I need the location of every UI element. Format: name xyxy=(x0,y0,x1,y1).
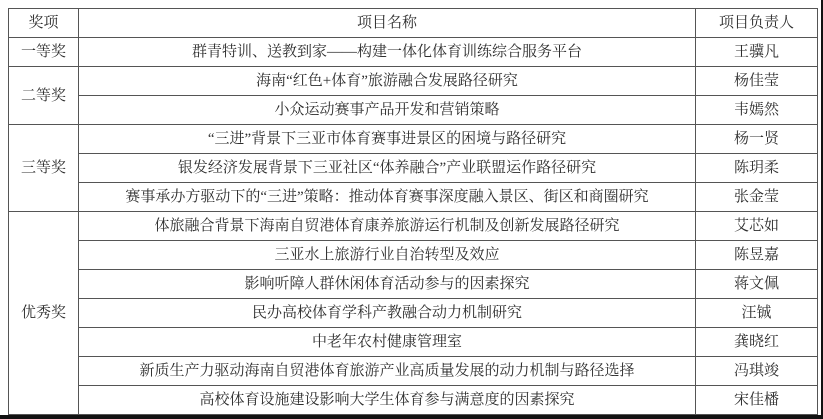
table-row: 二等奖 海南“红色+体育”旅游融合发展路径研究 杨佳莹 xyxy=(9,67,818,96)
project-name-cell: 群青特训、送教到家——构建一体化体育训练综合服务平台 xyxy=(79,38,696,67)
table-row: 高校体育设施建设影响大学生体育参与满意度的因素探究 宋佳橎 xyxy=(9,386,818,415)
project-name-cell: 银发经济发展背景下三亚社区“体养融合”产业联盟运作路径研究 xyxy=(79,154,696,183)
leader-cell: 韦嫣然 xyxy=(696,96,818,125)
leader-cell: 冯琪竣 xyxy=(696,357,818,386)
project-name-cell: 小众运动赛事产品开发和营销策略 xyxy=(79,96,696,125)
leader-cell: 汪铖 xyxy=(696,299,818,328)
table-row: 小众运动赛事产品开发和营销策略 韦嫣然 xyxy=(9,96,818,125)
column-header-award: 奖项 xyxy=(9,9,79,38)
award-cell: 三等奖 xyxy=(9,125,79,212)
table-row: 民办高校体育学科产教融合动力机制研究 汪铖 xyxy=(9,299,818,328)
table-row: 一等奖 群青特训、送教到家——构建一体化体育训练综合服务平台 王骥凡 xyxy=(9,38,818,67)
table-row: 新质生产力驱动海南自贸港体育旅游产业高质量发展的动力机制与路径选择 冯琪竣 xyxy=(9,357,818,386)
header-row: 奖项 项目名称 项目负责人 xyxy=(9,9,818,38)
award-cell: 优秀奖 xyxy=(9,212,79,415)
project-name-cell: 影响听障人群休闲体育活动参与的因素探究 xyxy=(79,270,696,299)
project-name-cell: 三亚水上旅游行业自治转型及效应 xyxy=(79,241,696,270)
document-page: 奖项 项目名称 项目负责人 一等奖 群青特训、送教到家——构建一体化体育训练综合… xyxy=(0,0,823,419)
leader-cell: 杨一贤 xyxy=(696,125,818,154)
award-cell: 二等奖 xyxy=(9,67,79,125)
project-name-cell: 民办高校体育学科产教融合动力机制研究 xyxy=(79,299,696,328)
leader-cell: 蒋文佩 xyxy=(696,270,818,299)
leader-cell: 杨佳莹 xyxy=(696,67,818,96)
column-header-project-leader: 项目负责人 xyxy=(696,9,818,38)
project-name-cell: 中老年农村健康管理室 xyxy=(79,328,696,357)
project-name-cell: 高校体育设施建设影响大学生体育参与满意度的因素探究 xyxy=(79,386,696,415)
leader-cell: 陈玥柔 xyxy=(696,154,818,183)
leader-cell: 王骥凡 xyxy=(696,38,818,67)
leader-cell: 宋佳橎 xyxy=(696,386,818,415)
table-row: 影响听障人群休闲体育活动参与的因素探究 蒋文佩 xyxy=(9,270,818,299)
project-name-cell: 赛事承办方驱动下的“三进”策略：推动体育赛事深度融入景区、街区和商圈研究 xyxy=(79,183,696,212)
project-name-cell: 体旅融合背景下海南自贸港体育康养旅游运行机制及创新发展路径研究 xyxy=(79,212,696,241)
project-name-cell: 海南“红色+体育”旅游融合发展路径研究 xyxy=(79,67,696,96)
leader-cell: 艾芯如 xyxy=(696,212,818,241)
award-table: 奖项 项目名称 项目负责人 一等奖 群青特训、送教到家——构建一体化体育训练综合… xyxy=(8,8,818,415)
table-row: 赛事承办方驱动下的“三进”策略：推动体育赛事深度融入景区、街区和商圈研究 张金莹 xyxy=(9,183,818,212)
project-name-cell: 新质生产力驱动海南自贸港体育旅游产业高质量发展的动力机制与路径选择 xyxy=(79,357,696,386)
award-cell: 一等奖 xyxy=(9,38,79,67)
table-row: 三亚水上旅游行业自治转型及效应 陈昱嘉 xyxy=(9,241,818,270)
column-header-project-name: 项目名称 xyxy=(79,9,696,38)
table-row: 三等奖 “三进”背景下三亚市体育赛事进景区的困境与路径研究 杨一贤 xyxy=(9,125,818,154)
leader-cell: 陈昱嘉 xyxy=(696,241,818,270)
table-row: 中老年农村健康管理室 龚晓红 xyxy=(9,328,818,357)
table-row: 优秀奖 体旅融合背景下海南自贸港体育康养旅游运行机制及创新发展路径研究 艾芯如 xyxy=(9,212,818,241)
project-name-cell: “三进”背景下三亚市体育赛事进景区的困境与路径研究 xyxy=(79,125,696,154)
screenshot-bottom-edge xyxy=(0,415,823,419)
table-row: 银发经济发展背景下三亚社区“体养融合”产业联盟运作路径研究 陈玥柔 xyxy=(9,154,818,183)
leader-cell: 张金莹 xyxy=(696,183,818,212)
leader-cell: 龚晓红 xyxy=(696,328,818,357)
